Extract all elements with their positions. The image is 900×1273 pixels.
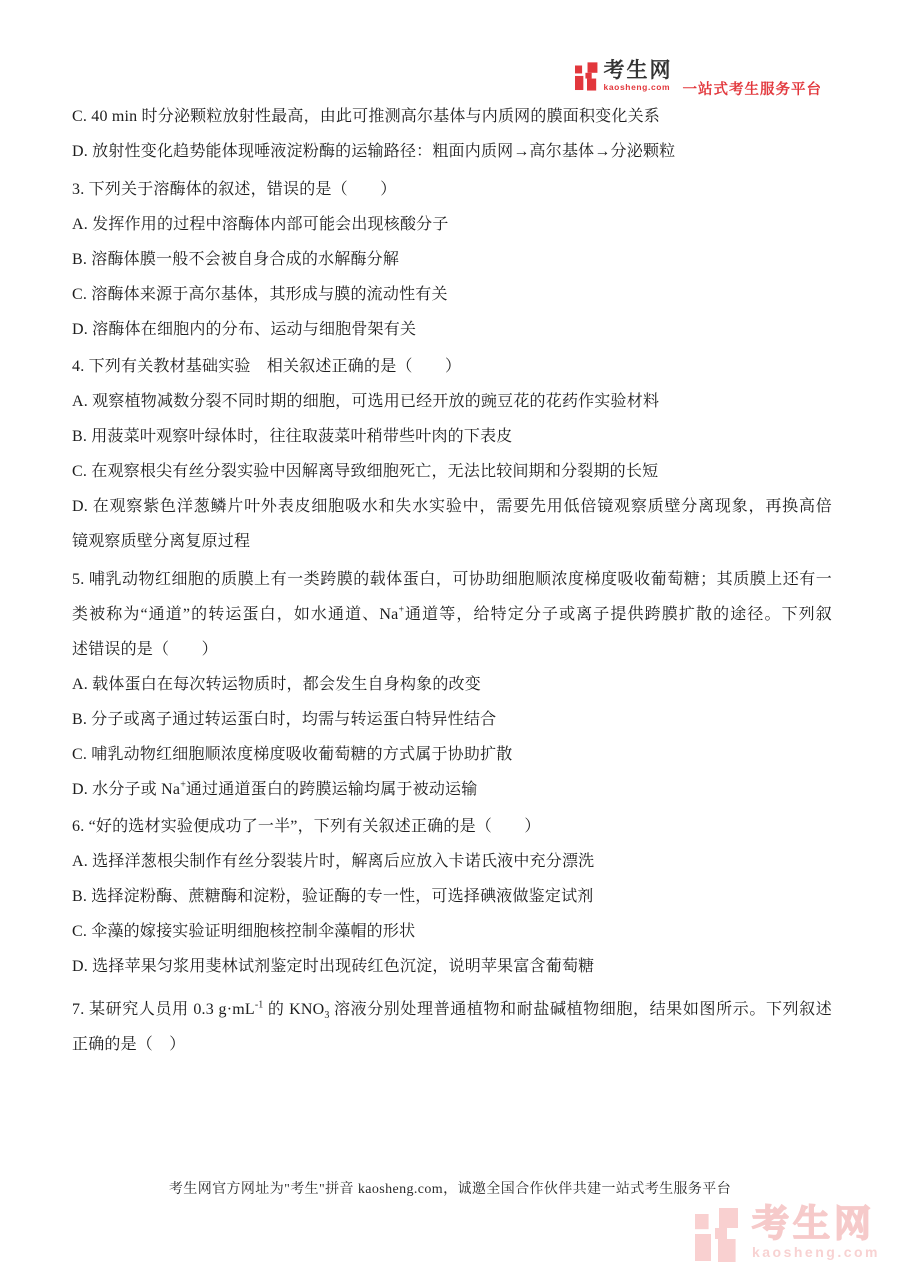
text-line: B. 选择淀粉酶、蔗糖酶和淀粉，验证酶的专一性，可选择碘液做鉴定试剂 bbox=[72, 879, 832, 914]
text-line: B. 分子或离子通过转运蛋白时，均需与转运蛋白特异性结合 bbox=[72, 702, 832, 737]
text-line: D. 溶酶体在细胞内的分布、运动与细胞骨架有关 bbox=[72, 312, 832, 347]
question-7: 7. 某研究人员用 0.3 g·mL-1 的 KNO3 溶液分别处理普通植物和耐… bbox=[72, 992, 832, 1062]
footer-note: 考生网官方网址为"考生"拼音 kaosheng.com，诚邀全国合作伙伴共建一站… bbox=[0, 1178, 900, 1198]
text-line: A. 载体蛋白在每次转运物质时，都会发生自身构象的改变 bbox=[72, 667, 832, 702]
text-line: 述错误的是（ ） bbox=[72, 632, 832, 667]
watermark-logo-icon bbox=[694, 1208, 742, 1266]
text-line: 4. 下列有关教材基础实验 相关叙述正确的是（ ） bbox=[72, 349, 832, 384]
text-line: D. 选择苹果匀浆用斐林试剂鉴定时出现砖红色沉淀，说明苹果富含葡萄糖 bbox=[72, 949, 832, 984]
text-line: A. 发挥作用的过程中溶酶体内部可能会出现核酸分子 bbox=[72, 207, 832, 242]
text-line: D. 在观察紫色洋葱鳞片叶外表皮细胞吸水和失水实验中，需要先用低倍镜观察质壁分离… bbox=[72, 489, 832, 524]
document-body: C. 40 min 时分泌颗粒放射性最高，由此可推测高尔基体与内质网的膜面积变化… bbox=[72, 99, 832, 1062]
question-6: 6. “好的选材实验便成功了一半”，下列有关叙述正确的是（ ）A. 选择洋葱根尖… bbox=[72, 809, 832, 984]
text-line: C. 伞藻的嫁接实验证明细胞核控制伞藻帽的形状 bbox=[72, 914, 832, 949]
question-4: 4. 下列有关教材基础实验 相关叙述正确的是（ ）A. 观察植物减数分裂不同时期… bbox=[72, 349, 832, 559]
text-line: A. 观察植物减数分裂不同时期的细胞，可选用已经开放的豌豆花的花药作实验材料 bbox=[72, 384, 832, 419]
text-line: 5. 哺乳动物红细胞的质膜上有一类跨膜的载体蛋白，可协助细胞顺浓度梯度吸收葡萄糖… bbox=[72, 562, 832, 597]
brand-name: 考生网 bbox=[604, 59, 673, 82]
exam-page: 考生网 kaosheng.com 一站式考生服务平台 C. 40 min 时分泌… bbox=[0, 0, 900, 1273]
watermark-text: 考生网 kaosheng.com bbox=[752, 1204, 880, 1261]
brand-tagline: 一站式考生服务平台 bbox=[683, 78, 823, 99]
text-line: D. 水分子或 Na+通过通道蛋白的跨膜运输均属于被动运输 bbox=[72, 772, 832, 807]
brand-domain: kaosheng.com bbox=[604, 82, 673, 92]
text-line: C. 溶酶体来源于高尔基体，其形成与膜的流动性有关 bbox=[72, 277, 832, 312]
text-line: C. 在观察根尖有丝分裂实验中因解离导致细胞死亡，无法比较间期和分裂期的长短 bbox=[72, 454, 832, 489]
watermark-domain: kaosheng.com bbox=[752, 1244, 880, 1261]
question-2-options: C. 40 min 时分泌颗粒放射性最高，由此可推测高尔基体与内质网的膜面积变化… bbox=[72, 99, 832, 169]
text-line: B. 溶酶体膜一般不会被自身合成的水解酶分解 bbox=[72, 242, 832, 277]
brand-text: 考生网 kaosheng.com bbox=[604, 59, 673, 92]
question-5: 5. 哺乳动物红细胞的质膜上有一类跨膜的载体蛋白，可协助细胞顺浓度梯度吸收葡萄糖… bbox=[72, 562, 832, 807]
text-line: 3. 下列关于溶酶体的叙述，错误的是（ ） bbox=[72, 172, 832, 207]
kaosheng-logo-icon bbox=[575, 62, 599, 93]
text-line: 6. “好的选材实验便成功了一半”，下列有关叙述正确的是（ ） bbox=[72, 809, 832, 844]
text-line: B. 用菠菜叶观察叶绿体时，往往取菠菜叶稍带些叶肉的下表皮 bbox=[72, 419, 832, 454]
brand-logo: 考生网 kaosheng.com 一站式考生服务平台 bbox=[575, 59, 823, 99]
text-line: D. 放射性变化趋势能体现唾液淀粉酶的运输路径：粗面内质网→高尔基体→分泌颗粒 bbox=[72, 134, 832, 169]
text-line: A. 选择洋葱根尖制作有丝分裂装片时，解离后应放入卡诺氏液中充分漂洗 bbox=[72, 844, 832, 879]
text-line: 正确的是（ ） bbox=[72, 1027, 832, 1062]
watermark-logo: 考生网 kaosheng.com bbox=[694, 1204, 880, 1266]
text-line: 类被称为“通道”的转运蛋白，如水通道、Na+通道等，给特定分子或离子提供跨膜扩散… bbox=[72, 597, 832, 632]
text-line: C. 40 min 时分泌颗粒放射性最高，由此可推测高尔基体与内质网的膜面积变化… bbox=[72, 99, 832, 134]
watermark-name: 考生网 bbox=[752, 1204, 880, 1244]
text-line: 7. 某研究人员用 0.3 g·mL-1 的 KNO3 溶液分别处理普通植物和耐… bbox=[72, 992, 832, 1027]
question-3: 3. 下列关于溶酶体的叙述，错误的是（ ）A. 发挥作用的过程中溶酶体内部可能会… bbox=[72, 172, 832, 347]
text-line: 镜观察质壁分离复原过程 bbox=[72, 524, 832, 559]
text-line: C. 哺乳动物红细胞顺浓度梯度吸收葡萄糖的方式属于协助扩散 bbox=[72, 737, 832, 772]
